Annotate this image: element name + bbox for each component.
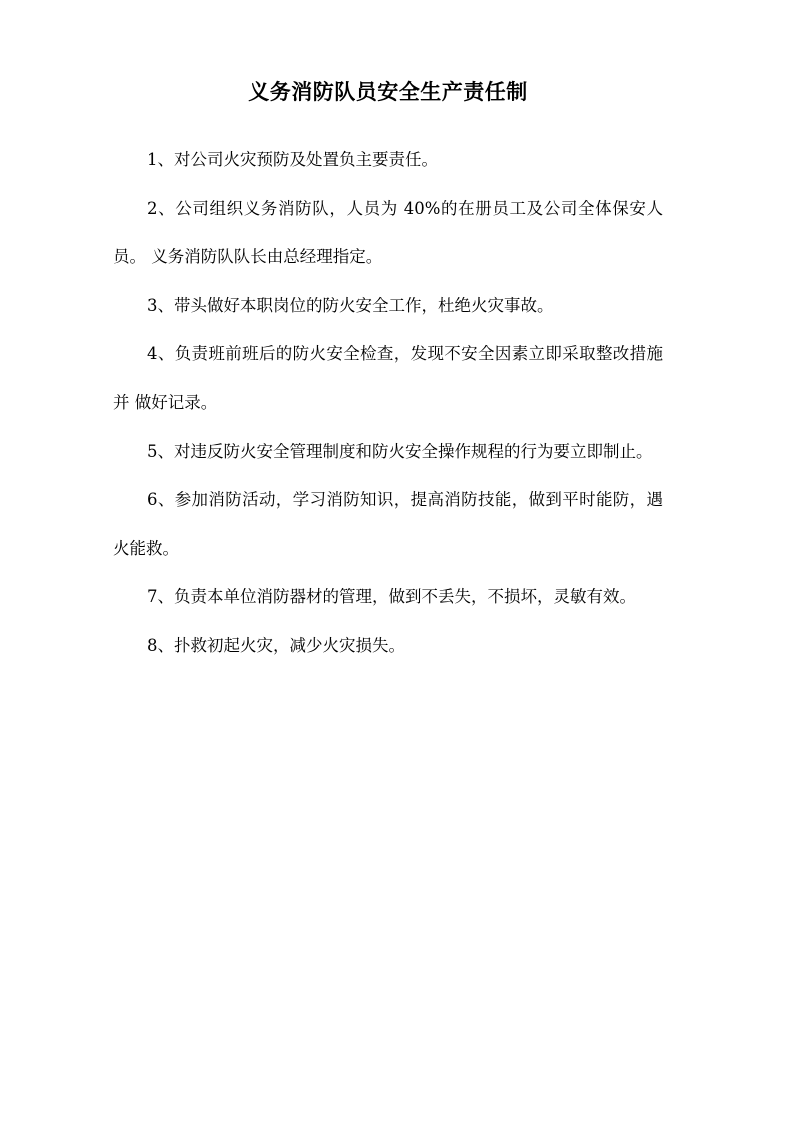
- paragraph-5: 5、对违反防火安全管理制度和防火安全操作规程的行为要立即制止。: [113, 428, 663, 477]
- paragraph-7: 7、负责本单位消防器材的管理，做到不丢失，不损坏，灵敏有效。: [113, 573, 663, 622]
- document-body: 1、对公司火灾预防及处置负主要责任。 2、公司组织义务消防队，人员为 40%的在…: [113, 136, 663, 671]
- paragraph-2: 2、公司组织义务消防队，人员为 40%的在册员工及公司全体保安人员。 义务消防队…: [113, 185, 663, 282]
- paragraph-8: 8、扑救初起火灾，减少火灾损失。: [113, 622, 663, 671]
- paragraph-6: 6、参加消防活动，学习消防知识，提高消防技能，做到平时能防，遇火能救。: [113, 476, 663, 573]
- paragraph-4: 4、负责班前班后的防火安全检查，发现不安全因素立即采取整改措施并 做好记录。: [113, 330, 663, 427]
- document-title: 义务消防队员安全生产责任制: [113, 78, 663, 106]
- paragraph-3: 3、带头做好本职岗位的防火安全工作，杜绝火灾事故。: [113, 282, 663, 331]
- paragraph-1: 1、对公司火灾预防及处置负主要责任。: [113, 136, 663, 185]
